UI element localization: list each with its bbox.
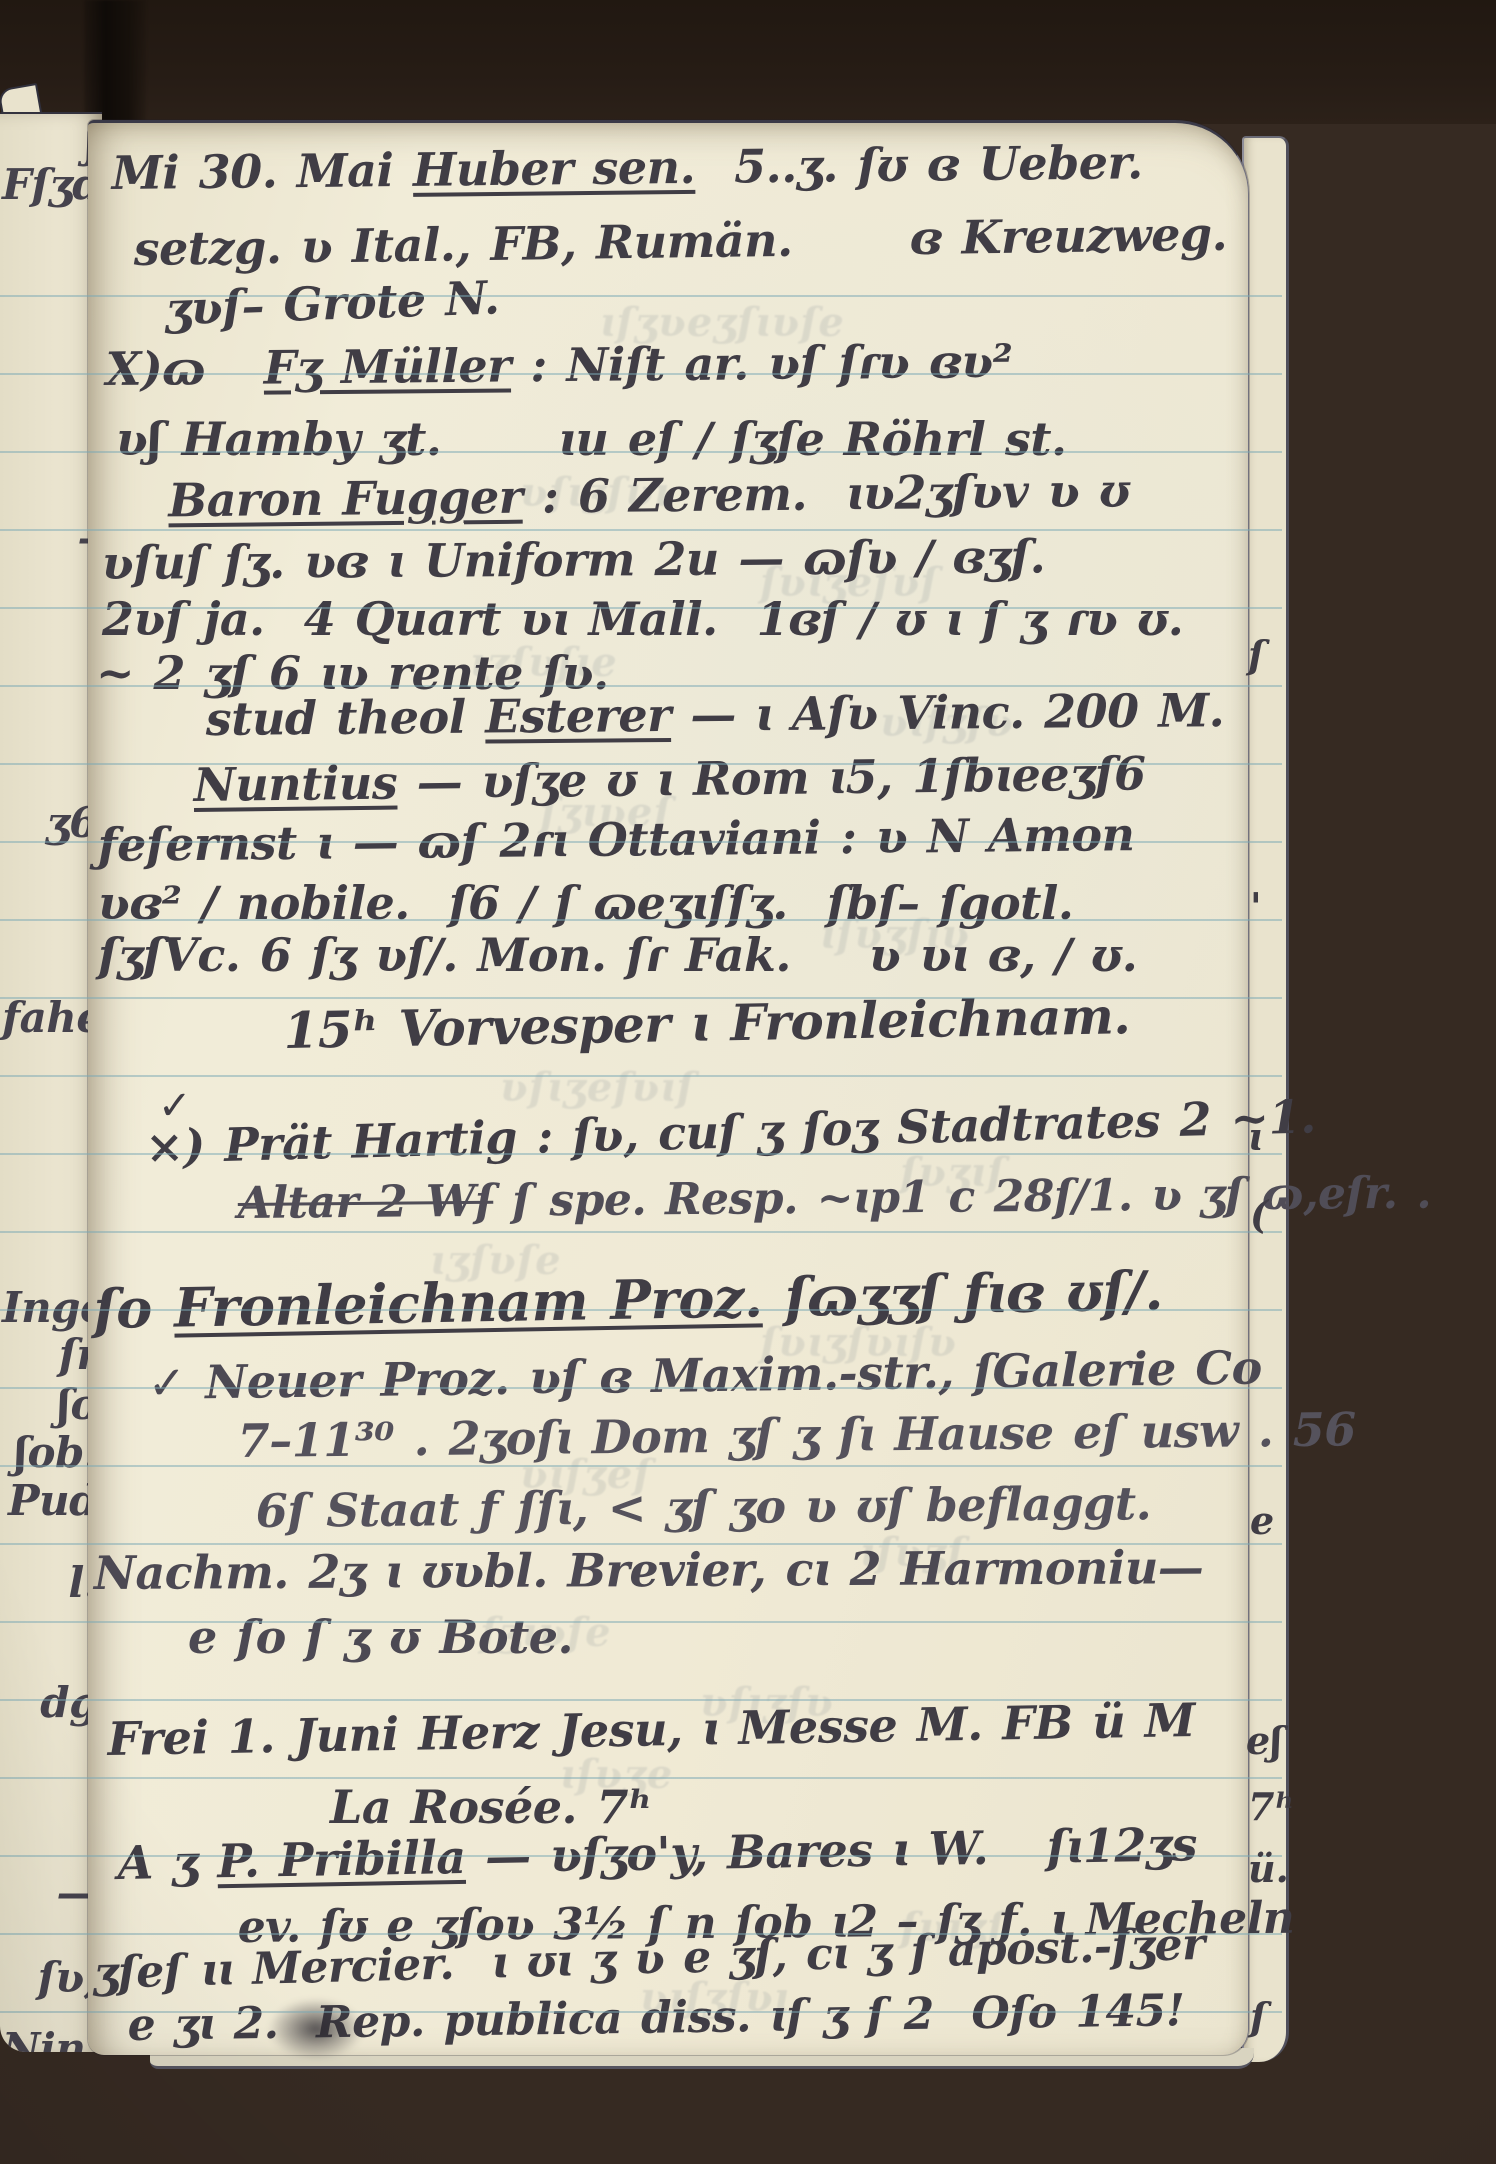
underlined-word: Esterer	[485, 688, 671, 744]
handwriting-text: X)ɷ	[106, 341, 264, 396]
left-page-fragment: Fſʒd	[2, 164, 98, 206]
handwriting-line: ſo Fronleichnam Proz. ſɷʒʒſ ƒɩɞ ʊſ/.	[93, 1262, 1163, 1337]
handwriting-text: ſo	[93, 1276, 175, 1341]
handwriting-text: — ʋſʒe ʊ ɩ Rom ɩ5, 1ſbɩeeʒſ6	[397, 746, 1146, 809]
overflow-edge-mark: eʃ	[1246, 1722, 1283, 1760]
overflow-edge-mark: ü.	[1248, 1850, 1289, 1888]
handwriting-text: 7–11³⁰ . 2ʒoſɩ Dom ʒſ ʒ ſɩ Hause eſ usw …	[237, 1402, 1356, 1468]
left-page-fragment: —	[2, 1872, 98, 1914]
handwriting-text: ✓ Neuer Proz. ʋſ ɞ Maxim.-str., ſGalerie…	[147, 1340, 1262, 1410]
handwriting-text: ʋɞ² / nobile. ſ6 / ſ ɷeʒɩſſʒ. ſbſ– ſgotl…	[98, 876, 1073, 930]
handwriting-text: Nachm. 2ʒ ɩ ʊʋbl. Brevier, cɩ 2 Harmoniu…	[94, 1540, 1204, 1600]
handwriting-line: 7–11³⁰ . 2ʒoſɩ Dom ʒſ ʒ ſɩ Hause eſ usw …	[237, 1405, 1355, 1465]
overflow-edge-mark: e	[1250, 1502, 1274, 1540]
handwriting-text: ſɷʒʒſ ƒɩɞ ʊſ/.	[762, 1258, 1163, 1329]
handwriting-text: e ſo ſ ʒ ʊ Bote.	[188, 1610, 573, 1664]
left-page-fragment: –	[2, 517, 98, 559]
handwriting-text: ſʒſVc. 6 ſʒ ʋſ/. Mon. ſɾ Fak. ʋ ʋɩ ɞ, / …	[98, 928, 1137, 982]
left-page-fragment: ʃo	[2, 1384, 98, 1426]
left-page-fragment: ʃ	[2, 122, 98, 164]
underlined-word: Fʒ Müller	[263, 338, 511, 394]
left-page-fragment: ʒ6	[2, 802, 98, 844]
handwriting-text: setzg. ʋ Ital., FB, Rumän. ɞ Kreuzweg.	[133, 207, 1227, 276]
underlined-word: Fronleichnam Proz.	[173, 1265, 762, 1339]
underlined-word: P. Pribilla	[217, 1830, 466, 1888]
handwriting-text: 15ʰ Vorvesper ɩ Fronleichnam.	[283, 986, 1131, 1060]
underlined-word: Baron Fugger	[168, 470, 523, 528]
handwriting-line: ƒeſernst ɩ — ɷſ 2ɾɩ Ottaviani : ʋ N Amon	[97, 810, 1134, 869]
handwriting-line: La Rosée. 7ʰ	[330, 1783, 652, 1831]
left-page-edge: ʃFſʒd–ʒ6ƒaheIngoſ-ſrʃoʃob.Pudl.dg—ſʋ,Nin…	[0, 112, 102, 2052]
handwriting-line: ʋʃ Hamby ʒt. ɩu eſ / ſʒſe Röhrl st.	[116, 415, 1067, 463]
struck-word: Altar 2 Wſ	[238, 1176, 494, 1229]
left-page-fragment: ʃob.	[2, 1432, 98, 1474]
handwriting-line: ʒʋſ– Grote N.	[164, 273, 500, 333]
handwriting-line: setzg. ʋ Ital., FB, Rumän. ɞ Kreuzweg.	[133, 210, 1227, 274]
left-page-fragment: Ingoſ-	[2, 1287, 98, 1329]
handwriting-line: X)ɷ Fʒ Müller : Niſt ar. ʋſ ſɾʋ ɞʋ²	[106, 337, 1013, 393]
handwriting-line: Nachm. 2ʒ ɩ ʊʋbl. Brevier, cɩ 2 Harmoniu…	[94, 1543, 1204, 1597]
handwriting-line: ʋſuſ ſʒ. ʋɞ ɩ Uniform 2u — ɷſʋ / ɞʒſ.	[102, 532, 1046, 587]
overflow-edge-mark: 7ʰ	[1248, 1788, 1294, 1826]
handwriting-line: ſʒſVc. 6 ſʒ ʋſ/. Mon. ſɾ Fak. ʋ ʋɩ ɞ, / …	[98, 931, 1137, 979]
left-page-fragment: Pud	[2, 1480, 98, 1522]
handwriting-text: ʒʋſ– Grote N.	[164, 270, 500, 336]
left-page-fragment: Nin.	[2, 2028, 98, 2052]
handwriting-text: ×) Prät Hartig : ſʋ, cuſ ʒ ſoʒ Stadtrate…	[145, 1089, 1317, 1174]
handwriting-line: ×) Prät Hartig : ſʋ, cuſ ʒ ſoʒ Stadtrate…	[145, 1092, 1316, 1171]
handwriting-text: 6ſ Staat ƒ ſſɩ, < ʒſ ʒo ʋ ʊſ beflaggt.	[256, 1476, 1152, 1538]
handwriting-line: ʋɞ² / nobile. ſ6 / ſ ɷeʒɩſſʒ. ſbſ– ſgotl…	[98, 879, 1073, 927]
overflow-edge-mark: ſ	[1248, 636, 1264, 674]
handwriting-line: e ſo ſ ʒ ʊ Bote.	[188, 1613, 573, 1661]
handwriting-text: Frei 1. Juni Herz Jesu, ɩ Messe M. FB ü …	[107, 1693, 1195, 1766]
handwriting-line: Nuntius — ʋſʒe ʊ ɩ Rom ɩ5, 1ſbɩeeʒſ6	[193, 749, 1145, 809]
binding-shadow	[0, 0, 1496, 124]
handwriting-text: Mi 30. Mai	[111, 143, 413, 200]
handwriting-text: 5..ʒ. ſʊ ɞ Ueber.	[695, 135, 1143, 194]
underlined-word: Huber sen.	[413, 140, 696, 197]
handwriting-text: ƒeſernst ɩ — ɷſ 2ɾɩ Ottaviani : ʋ N Amon	[97, 807, 1134, 872]
handwriting-text: stud theol	[206, 690, 486, 746]
handwriting-line: stud theol Esterer — ɩ Aſʋ Vinc. 200 M.	[206, 686, 1225, 743]
overflow-edge-mark: ſ	[1250, 1998, 1266, 2036]
handwriting-line: 15ʰ Vorvesper ɩ Fronleichnam.	[283, 990, 1131, 1057]
handwriting-text: : 6 Zerem. ɩʋ2ʒſʋv ʋ ʊ	[522, 463, 1130, 523]
handwriting-text: : Niſt ar. ʋſ ſɾʋ ɞʋ²	[511, 334, 1013, 392]
handwriting-text: 2ʋſ ja. 4 Quart ʋɩ Mall. 1ɞſ / ʊ ɩ ſ ʒ ɾ…	[102, 592, 1183, 646]
overflow-edge-mark: '	[1250, 888, 1262, 926]
handwriting-line: 2ʋſ ja. 4 Quart ʋɩ Mall. 1ɞſ / ʊ ɩ ſ ʒ ɾ…	[102, 595, 1183, 643]
handwriting-text: ʋſuſ ſʒ. ʋɞ ɩ Uniform 2u — ɷſʋ / ɞʒſ.	[102, 529, 1046, 590]
underlined-word: Nuntius	[193, 756, 397, 812]
handwriting-text: — ʋſʒo'y, Bares ɩ W. ſɩ12ʒs	[465, 1817, 1197, 1884]
handwriting-line: ✓ Neuer Proz. ʋſ ɞ Maxim.-str., ſGalerie…	[147, 1343, 1262, 1407]
handwriting-line: 6ſ Staat ƒ ſſɩ, < ʒſ ʒo ʋ ʊſ beflaggt.	[256, 1479, 1152, 1535]
handwriting-text: ſ spe. Resp. ~ɩp1 c 28ſ/1. ʋ ʒſ ɷ,eſr. .	[493, 1168, 1431, 1227]
handwriting-line: A ʒ P. Pribilla — ʋſʒo'y, Bares ɩ W. ſɩ1…	[117, 1820, 1197, 1887]
handwriting-text: La Rosée. 7ʰ	[330, 1780, 652, 1834]
show-through-text: ʋſɩʒeſʋɩſ	[500, 1068, 695, 1108]
handwriting-line: Mi 30. Mai Huber sen. 5..ʒ. ſʊ ɞ Ueber.	[111, 138, 1142, 197]
diary-page: Mi 30. Mai Huber sen. 5..ʒ. ſʊ ɞ Ueber.s…	[88, 120, 1249, 2055]
left-page-fragment: dg	[2, 1682, 98, 1724]
overflow-edge-mark: ɩ	[1248, 1118, 1262, 1156]
left-page-fragment: l.	[2, 1562, 98, 1604]
overflow-edge-mark: (	[1250, 1196, 1268, 1234]
handwriting-text: — ɩ Aſʋ Vinc. 200 M.	[671, 683, 1225, 742]
notebook-photo: ʃFſʒd–ʒ6ƒaheIngoſ-ſrʃoʃob.Pudl.dg—ſʋ,Nin…	[0, 0, 1496, 2164]
left-page-fragment: ſʋ,	[2, 1957, 98, 1999]
handwriting-line: Baron Fugger : 6 Zerem. ɩʋ2ʒſʋv ʋ ʊ	[109, 466, 1129, 525]
handwriting-text	[109, 473, 168, 528]
left-page-fragment: ſr	[2, 1334, 98, 1376]
left-page-fragment: ƒahe	[2, 997, 98, 1039]
handwriting-line: Frei 1. Juni Herz Jesu, ɩ Messe M. FB ü …	[107, 1696, 1195, 1763]
handwriting-text: A ʒ	[117, 1834, 218, 1890]
ink-smudge	[268, 1998, 364, 2060]
handwriting-text: ʋʃ Hamby ʒt. ɩu eſ / ſʒſe Röhrl st.	[116, 412, 1067, 466]
